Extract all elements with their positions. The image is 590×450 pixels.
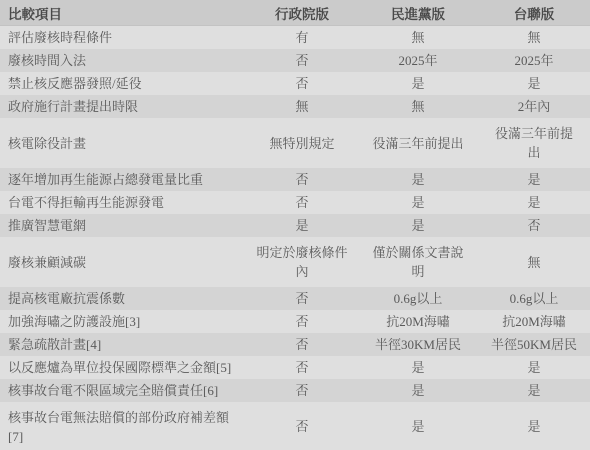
value-cell: 無 [478, 26, 590, 50]
table-row: 禁止核反應器發照/延役 否 是 是 [0, 72, 590, 95]
value-cell: 抗20M海嘯 [478, 310, 590, 333]
value-cell: 僅於關係文書說 明 [358, 237, 478, 287]
row-label-cell: 加強海嘯之防護設施[3] [0, 310, 246, 333]
value-cell: 無特別規定 [246, 118, 358, 168]
value-cell: 2年內 [478, 95, 590, 118]
table-row: 緊急疏散計畫[4] 否 半徑30KM居民 半徑50KM居民 [0, 333, 590, 356]
value-cell: 是 [478, 191, 590, 214]
value-cell: 是 [358, 402, 478, 450]
value-cell: 否 [246, 168, 358, 191]
table-row: 廢核時間入法 否 2025年 2025年 [0, 49, 590, 72]
row-label-cell: 禁止核反應器發照/延役 [0, 72, 246, 95]
value-cell: 否 [246, 379, 358, 402]
value-cell: 無 [478, 237, 590, 287]
row-label-cell: 台電不得拒輸再生能源發電 [0, 191, 246, 214]
table-row: 政府施行計畫提出時限 無 無 2年內 [0, 95, 590, 118]
column-header-dpp: 民進黨版 [358, 0, 478, 26]
value-cell: 是 [478, 72, 590, 95]
column-header-tsu: 台聯版 [478, 0, 590, 26]
value-cell: 無 [358, 95, 478, 118]
value-cell: 0.6g以上 [478, 287, 590, 310]
table-row: 推廣智慧電網 是 是 否 [0, 214, 590, 237]
row-label-cell: 評估廢核時程條件 [0, 26, 246, 50]
value-cell: 2025年 [478, 49, 590, 72]
row-label-cell: 緊急疏散計畫[4] [0, 333, 246, 356]
table-row: 廢核兼顧減碳 明定於廢核條件 內 僅於關係文書說 明 無 [0, 237, 590, 287]
row-label-cell: 核電除役計畫 [0, 118, 246, 168]
value-cell: 是 [478, 168, 590, 191]
value-cell: 是 [358, 214, 478, 237]
row-label-cell: 廢核時間入法 [0, 49, 246, 72]
value-cell: 是 [358, 191, 478, 214]
value-cell: 是 [478, 379, 590, 402]
value-cell: 否 [246, 402, 358, 450]
value-cell: 否 [246, 49, 358, 72]
header-row: 比較項目 行政院版 民進黨版 台聯版 [0, 0, 590, 26]
value-cell: 役滿三年前提 出 [478, 118, 590, 168]
row-label-cell: 核事故台電無法賠償的部份政府補差額 [7] [0, 402, 246, 450]
table-row: 加強海嘯之防護設施[3] 否 抗20M海嘯 抗20M海嘯 [0, 310, 590, 333]
value-cell: 無 [246, 95, 358, 118]
value-cell: 明定於廢核條件 內 [246, 237, 358, 287]
table-row: 提高核電廠抗震係數 否 0.6g以上 0.6g以上 [0, 287, 590, 310]
value-cell: 是 [358, 168, 478, 191]
value-cell: 是 [246, 214, 358, 237]
value-cell: 是 [358, 356, 478, 379]
value-cell: 0.6g以上 [358, 287, 478, 310]
table-row: 逐年增加再生能源占總發電量比重 否 是 是 [0, 168, 590, 191]
column-header-item: 比較項目 [0, 0, 246, 26]
comparison-table: 比較項目 行政院版 民進黨版 台聯版 評估廢核時程條件 有 無 無 廢核時間入法… [0, 0, 590, 450]
row-label-cell: 逐年增加再生能源占總發電量比重 [0, 168, 246, 191]
value-cell: 否 [246, 356, 358, 379]
table-row: 核事故台電不限區域完全賠償責任[6] 否 是 是 [0, 379, 590, 402]
row-label-cell: 推廣智慧電網 [0, 214, 246, 237]
row-label-cell: 政府施行計畫提出時限 [0, 95, 246, 118]
value-cell: 否 [246, 72, 358, 95]
value-cell: 抗20M海嘯 [358, 310, 478, 333]
value-cell: 有 [246, 26, 358, 50]
value-cell: 半徑50KM居民 [478, 333, 590, 356]
value-cell: 2025年 [358, 49, 478, 72]
value-cell: 是 [478, 402, 590, 450]
row-label-cell: 以反應爐為單位投保國際標準之金額[5] [0, 356, 246, 379]
value-cell: 否 [246, 191, 358, 214]
value-cell: 半徑30KM居民 [358, 333, 478, 356]
value-cell: 無 [358, 26, 478, 50]
table-row: 評估廢核時程條件 有 無 無 [0, 26, 590, 50]
value-cell: 否 [246, 287, 358, 310]
value-cell: 是 [478, 356, 590, 379]
row-label-cell: 核事故台電不限區域完全賠償責任[6] [0, 379, 246, 402]
table-row: 台電不得拒輸再生能源發電 否 是 是 [0, 191, 590, 214]
table-row: 以反應爐為單位投保國際標準之金額[5] 否 是 是 [0, 356, 590, 379]
value-cell: 否 [478, 214, 590, 237]
row-label-cell: 提高核電廠抗震係數 [0, 287, 246, 310]
row-label-cell: 廢核兼顧減碳 [0, 237, 246, 287]
table-row: 核電除役計畫 無特別規定 役滿三年前提出 役滿三年前提 出 [0, 118, 590, 168]
table-row: 核事故台電無法賠償的部份政府補差額 [7] 否 是 是 [0, 402, 590, 450]
value-cell: 役滿三年前提出 [358, 118, 478, 168]
column-header-executive-yuan: 行政院版 [246, 0, 358, 26]
value-cell: 是 [358, 72, 478, 95]
value-cell: 否 [246, 310, 358, 333]
value-cell: 是 [358, 379, 478, 402]
value-cell: 否 [246, 333, 358, 356]
